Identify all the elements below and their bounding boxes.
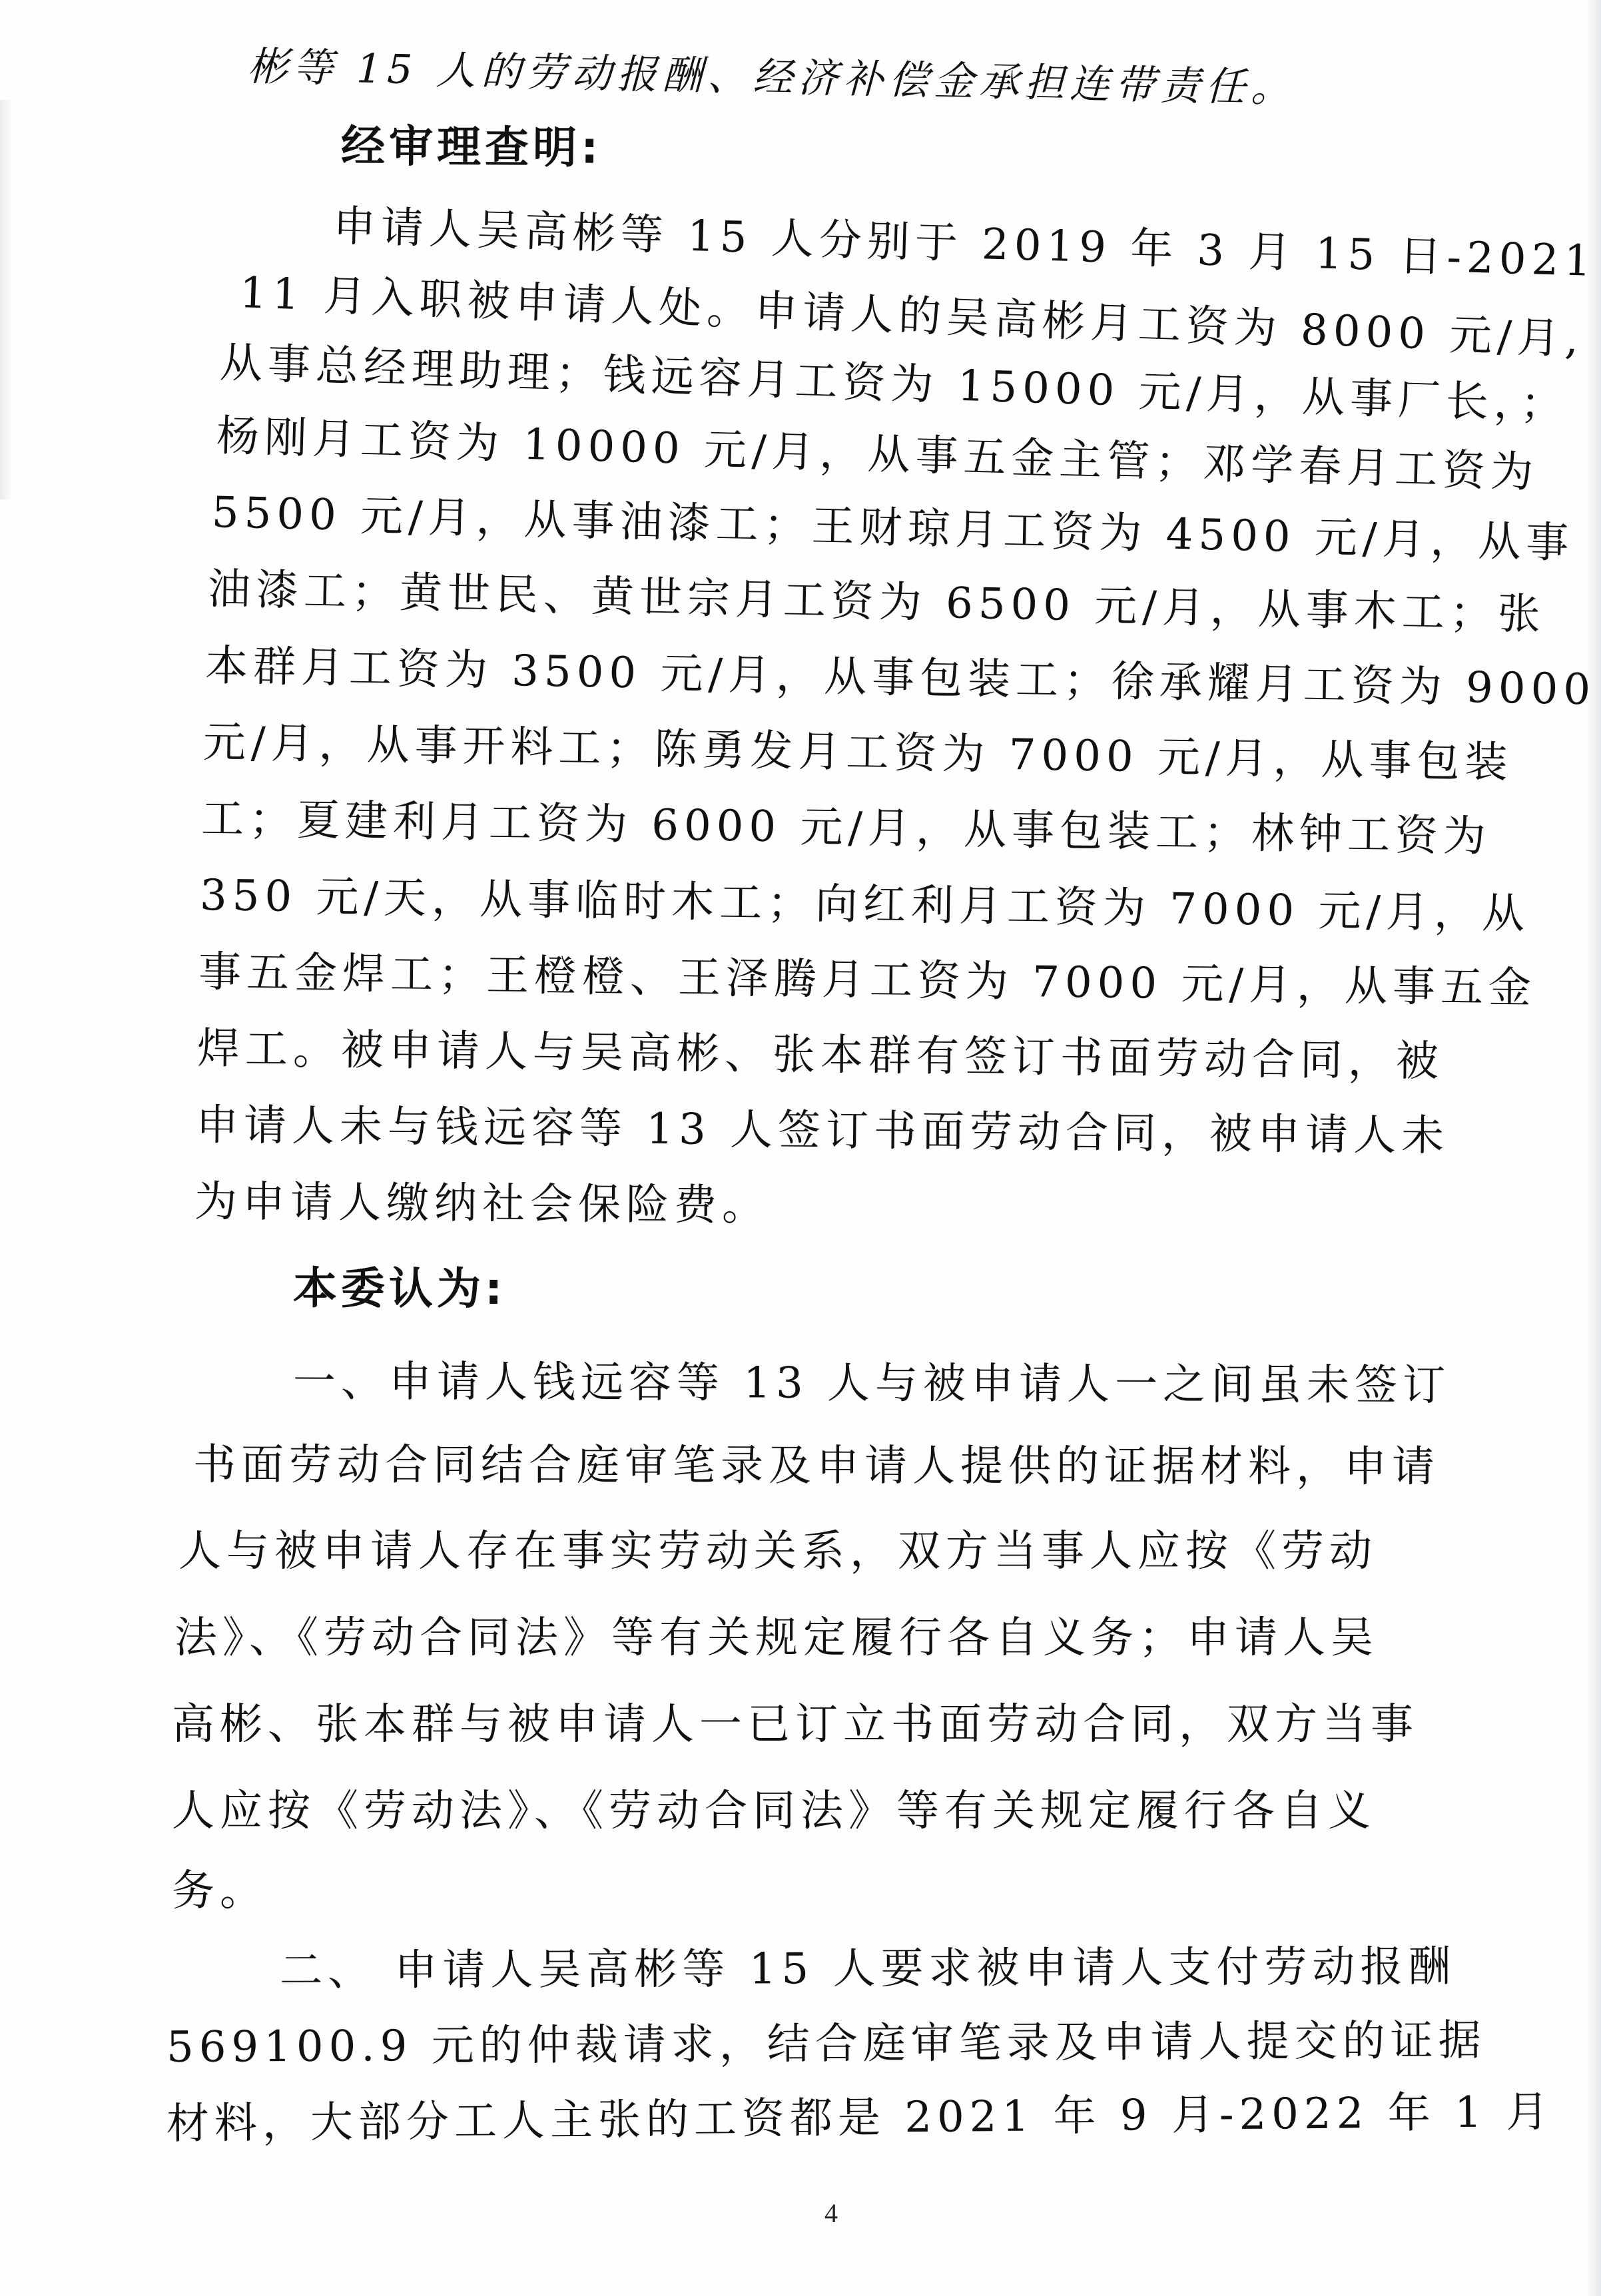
findings-line-7: 本群月工资为 3500 元/月，从事包装工；徐承耀月工资为 9000 — [204, 639, 1596, 717]
scanned-document-page: 彬等 15 人的劳动报酬、经济补偿金承担连带责任。 经审理查明: 申请人吴高彬等… — [0, 0, 1601, 2296]
findings-line-8: 元/月，从事开料工；陈勇发月工资为 7000 元/月，从事包装 — [202, 716, 1513, 790]
opinion-section-1-line-3: 人与被申请人存在事实劳动关系，双方当事人应按《劳动 — [178, 1525, 1377, 1578]
opinion-section-1-line-7: 务。 — [172, 1865, 268, 1918]
continuation-line: 彬等 15 人的劳动报酬、经济补偿金承担连带责任。 — [247, 40, 1297, 115]
opinion-section-1-line-1: 一、申请人钱远容等 13 人与被申请人一之间虽未签订 — [293, 1355, 1450, 1412]
page-edge-shadow-left — [0, 100, 12, 499]
page-number: 4 — [824, 2197, 838, 2229]
opinion-section-1-line-2: 书面劳动合同结合庭审笔录及申请人提供的证据材料，申请 — [193, 1438, 1440, 1494]
findings-line-10: 350 元/天，从事临时木工；向红利月工资为 7000 元/月，从 — [199, 869, 1530, 941]
opinion-section-2-line-1: 二、 申请人吴高彬等 15 人要求被申请人支付劳动报酬 — [280, 1940, 1456, 1998]
page-edge-shadow-right — [1586, 0, 1601, 2296]
opinion-section-2-line-2: 569100.9 元的仲裁请求，结合庭审笔录及申请人提交的证据 — [166, 2014, 1486, 2074]
findings-line-11: 事五金焊工；王橙橙、王泽腾月工资为 7000 元/月，从事五金 — [198, 946, 1537, 1015]
opinion-section-1-line-6: 人应按《劳动法》、《劳动合同法》等有关规定履行各自义 — [172, 1785, 1376, 1838]
heading-findings: 经审理查明: — [341, 120, 603, 175]
findings-line-14: 为申请人缴纳社会保险费。 — [194, 1175, 771, 1233]
findings-line-5: 5500 元/月，从事油漆工；王财琼月工资为 4500 元/月，从事 — [211, 486, 1574, 570]
opinion-section-1-line-5: 高彬、张本群与被申请人一已订立书面劳动合同，双方当事 — [172, 1698, 1419, 1751]
findings-line-9: 工；夏建利月工资为 6000 元/月，从事包装工；林钟工资为 — [200, 792, 1491, 864]
findings-line-6: 油漆工；黄世民、黄世宗月工资为 6500 元/月，从事木工；张 — [207, 563, 1546, 642]
heading-committee-opinion: 本委认为: — [293, 1262, 507, 1316]
opinion-section-2-line-3: 材料，大部分工人主张的工资都是 2021 年 9 月-2022 年 1 月 — [166, 2086, 1554, 2151]
findings-line-12: 焊工。被申请人与吴高彬、张本群有签订书面劳动合同，被 — [197, 1022, 1444, 1089]
findings-line-13: 申请人未与钱远容等 13 人签订书面劳动合同，被申请人未 — [196, 1099, 1450, 1163]
opinion-section-1-line-4: 法》、《劳动合同法》等有关规定履行各自义务；申请人吴 — [174, 1611, 1379, 1665]
